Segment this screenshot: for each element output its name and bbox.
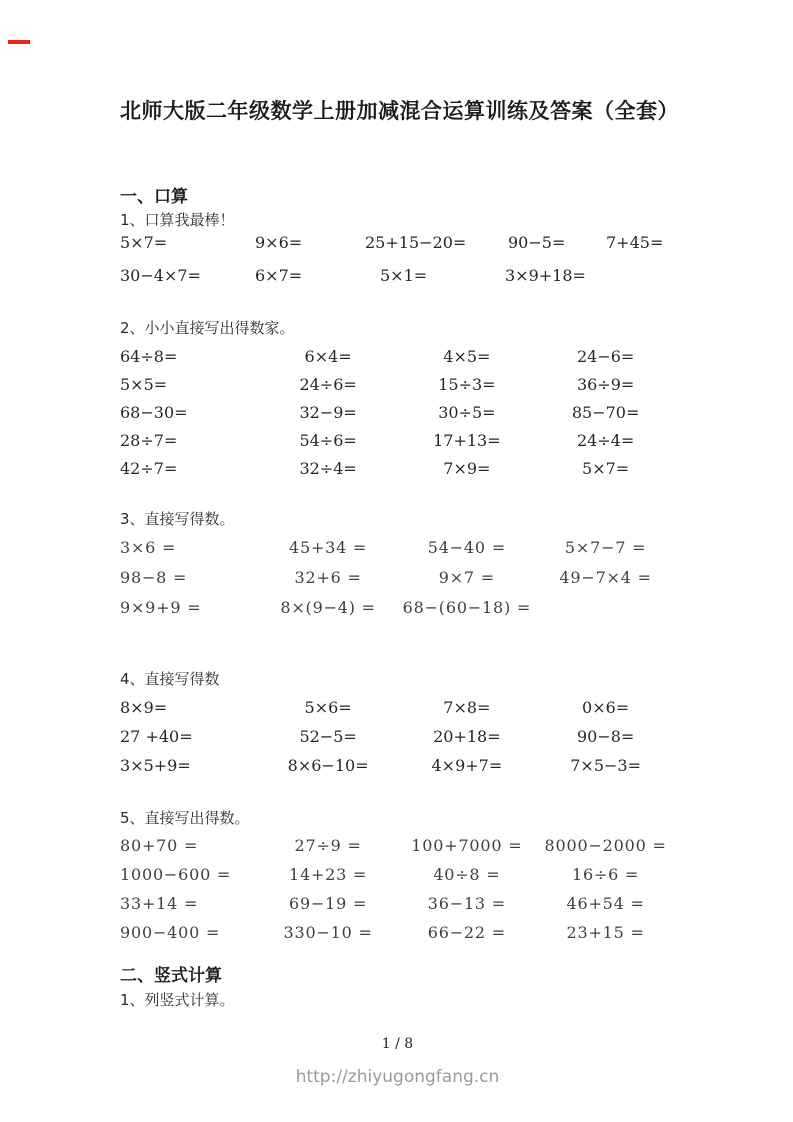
equation-row: 42÷7= 32÷4= 7×9= 5×7=	[120, 460, 675, 477]
equation: 3×9+18=	[505, 267, 675, 284]
equation-row: 64÷8= 6×4= 4×5= 24−6=	[120, 348, 675, 365]
equation: 15÷3=	[398, 376, 537, 393]
equation: 5×7=	[536, 460, 675, 477]
equation: 9×7 =	[398, 569, 537, 586]
equation: 5×6=	[259, 699, 398, 716]
equation: 7+45=	[606, 234, 675, 251]
site-url-link[interactable]: http://zhiyugongfang.cn	[120, 1067, 675, 1088]
equation-row: 8×9= 5×6= 7×8= 0×6=	[120, 699, 675, 716]
equation-row: 27 +40= 52−5= 20+18= 90−8=	[120, 728, 675, 745]
red-mark	[8, 40, 30, 44]
equation: 80+70 =	[120, 837, 259, 854]
equation-row: 5×7= 9×6= 25+15−20= 90−5= 7+45=	[120, 234, 675, 251]
equation: 24÷6=	[259, 376, 398, 393]
page-number: 1 / 8	[120, 1035, 675, 1053]
equation: 68−30=	[120, 404, 259, 421]
equation: 90−8=	[536, 728, 675, 745]
subsection-label-4: 4、直接写得数	[120, 669, 675, 689]
equation: 5×5=	[120, 376, 259, 393]
worksheet-page: 北师大版二年级数学上册加减混合运算训练及答案（全套） 一、口算 1、口算我最棒！…	[0, 0, 793, 1122]
equation: 46+54 =	[536, 895, 675, 912]
equation: 900−400 =	[120, 924, 259, 941]
equation-row: 9×9+9 = 8×(9−4) = 68−(60−18) =	[120, 599, 675, 616]
equation: 17+13=	[398, 432, 537, 449]
equation: 3×5+9=	[120, 757, 259, 774]
equation: 24−6=	[536, 348, 675, 365]
equation: 66−22 =	[398, 924, 537, 941]
equation: 1000−600 =	[120, 866, 259, 883]
equation: 9×6=	[255, 234, 365, 251]
equation: 6×7=	[255, 267, 380, 284]
equation: 27 +40=	[120, 728, 259, 745]
equation-row: 68−30= 32−9= 30÷5= 85−70=	[120, 404, 675, 421]
equation: 330−10 =	[259, 924, 398, 941]
equation: 30÷5=	[398, 404, 537, 421]
equation-row: 80+70 = 27÷9 = 100+7000 = 8000−2000 =	[120, 837, 675, 854]
equation: 64÷8=	[120, 348, 259, 365]
equation-row: 28÷7= 54÷6= 17+13= 24÷4=	[120, 432, 675, 449]
equation: 98−8 =	[120, 569, 259, 586]
equation-row: 30−4×7= 6×7= 5×1= 3×9+18=	[120, 267, 675, 284]
equation: 32+6 =	[259, 569, 398, 586]
equation: 24÷4=	[536, 432, 675, 449]
equation	[536, 599, 675, 616]
equation: 33+14 =	[120, 895, 259, 912]
equation: 25+15−20=	[365, 234, 508, 251]
equation-row: 900−400 = 330−10 = 66−22 = 23+15 =	[120, 924, 675, 941]
equation-row: 3×6 = 45+34 = 54−40 = 5×7−7 =	[120, 539, 675, 556]
equation: 40÷8 =	[398, 866, 537, 883]
equation-row: 3×5+9= 8×6−10= 4×9+7= 7×5−3=	[120, 757, 675, 774]
equation: 3×6 =	[120, 539, 259, 556]
equation: 36÷9=	[536, 376, 675, 393]
equation: 90−5=	[508, 234, 606, 251]
equation: 32−9=	[259, 404, 398, 421]
equation: 32÷4=	[259, 460, 398, 477]
equation: 54−40 =	[398, 539, 537, 556]
equation: 8000−2000 =	[536, 837, 675, 854]
equation: 7×8=	[398, 699, 537, 716]
equation: 9×9+9 =	[120, 599, 259, 616]
subsection-label-3: 3、直接写得数。	[120, 509, 675, 529]
equation: 27÷9 =	[259, 837, 398, 854]
equation-row: 33+14 = 69−19 = 36−13 = 46+54 =	[120, 895, 675, 912]
equation: 4×5=	[398, 348, 537, 365]
equation-row: 5×5= 24÷6= 15÷3= 36÷9=	[120, 376, 675, 393]
section-heading-oral-calc: 一、口算	[120, 186, 675, 208]
equation: 16÷6 =	[536, 866, 675, 883]
equation: 85−70=	[536, 404, 675, 421]
equation: 36−13 =	[398, 895, 537, 912]
subsection-label-5: 5、直接写出得数。	[120, 808, 675, 828]
equation: 52−5=	[259, 728, 398, 745]
equation: 49−7×4 =	[536, 569, 675, 586]
equation: 8×6−10=	[259, 757, 398, 774]
equation: 69−19 =	[259, 895, 398, 912]
equation: 20+18=	[398, 728, 537, 745]
subsection-label-2: 2、小小直接写出得数家。	[120, 318, 675, 338]
equation: 100+7000 =	[398, 837, 537, 854]
equation: 8×(9−4) =	[259, 599, 398, 616]
subsection-label-6: 1、列竖式计算。	[120, 990, 675, 1010]
equation: 6×4=	[259, 348, 398, 365]
section-heading-vertical-calc: 二、竖式计算	[120, 965, 675, 987]
equation: 45+34 =	[259, 539, 398, 556]
equation: 30−4×7=	[120, 267, 255, 284]
equation-row: 98−8 = 32+6 = 9×7 = 49−7×4 =	[120, 569, 675, 586]
equation: 8×9=	[120, 699, 259, 716]
equation: 28÷7=	[120, 432, 259, 449]
equation: 14+23 =	[259, 866, 398, 883]
equation: 54÷6=	[259, 432, 398, 449]
subsection-label-1: 1、口算我最棒！	[120, 210, 675, 230]
equation: 42÷7=	[120, 460, 259, 477]
equation: 7×5−3=	[536, 757, 675, 774]
equation: 23+15 =	[536, 924, 675, 941]
equation: 7×9=	[398, 460, 537, 477]
equation-row: 1000−600 = 14+23 = 40÷8 = 16÷6 =	[120, 866, 675, 883]
page-title: 北师大版二年级数学上册加减混合运算训练及答案（全套）	[120, 98, 675, 124]
equation: 68−(60−18) =	[398, 599, 537, 616]
equation: 5×7=	[120, 234, 255, 251]
equation: 5×7−7 =	[536, 539, 675, 556]
equation: 0×6=	[536, 699, 675, 716]
equation: 5×1=	[380, 267, 505, 284]
equation: 4×9+7=	[398, 757, 537, 774]
